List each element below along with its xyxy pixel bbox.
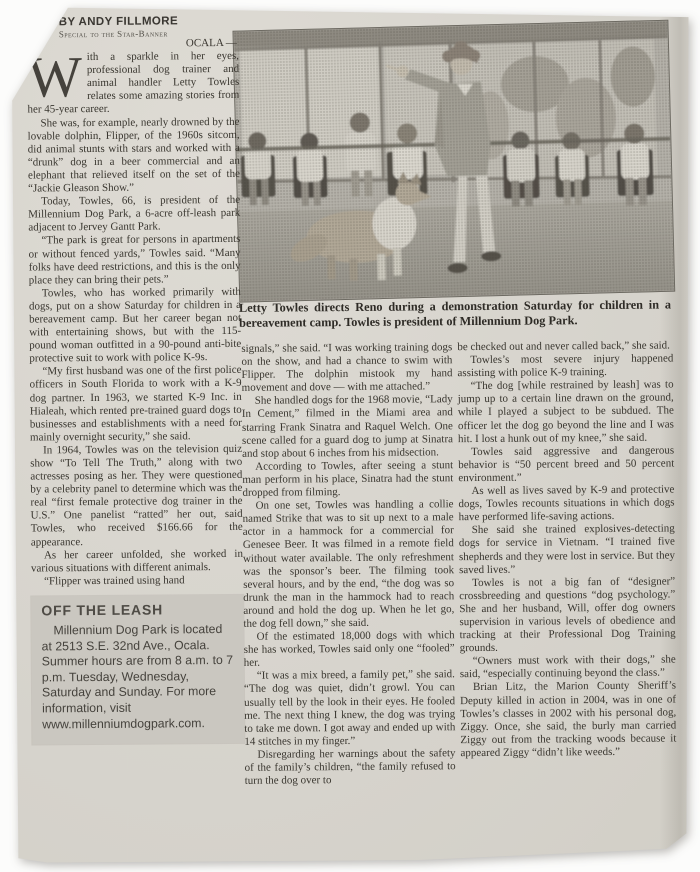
- article-paragraph: She handled dogs for the 1968 movie, “La…: [242, 394, 454, 461]
- article-paragraph: On one set, Towles was handling a collie…: [242, 498, 454, 631]
- photo-illustration: [233, 21, 674, 302]
- article-paragraph: Brian Litz, the Marion County Sheriff’s …: [460, 680, 677, 760]
- article-paragraph: “My first husband was one of the first p…: [29, 364, 242, 444]
- box-body: Millennium Dog Park is located at 2513 S…: [41, 622, 234, 733]
- article-paragraph: “The dog [while restrained by leash] was…: [458, 379, 675, 446]
- article-paragraph: Today, Towles, 66, is president of the M…: [28, 194, 240, 235]
- article-paragraph: She said she trained explosives-detectin…: [459, 523, 675, 577]
- box-title: OFF THE LEASH: [41, 603, 233, 618]
- photo-caption: Letty Towles directs Reno during a demon…: [239, 297, 671, 331]
- article-paragraph: She was, for example, nearly drowned by …: [27, 115, 240, 195]
- article-column-2: signals,” she said. “I was working train…: [241, 341, 455, 788]
- newsprint-paper: BY ANDY FILLMORE Special to the Star-Ban…: [6, 6, 694, 866]
- article-paragraph: “It was a mix breed, a family pet,” she …: [244, 669, 456, 749]
- article-paragraph: Disregarding her warnings about the safe…: [244, 747, 455, 788]
- article-column-1: OCALA — With a sparkle in her eyes, prof…: [27, 37, 245, 745]
- article-paragraph: Of the estimated 18,000 dogs with which …: [244, 629, 455, 670]
- article-paragraph: Towles said aggressive and dangerous beh…: [458, 444, 674, 485]
- article-paragraph: According to Towles, after seeing a stun…: [242, 459, 453, 500]
- article-paragraph: In 1964, Towles was on the television qu…: [30, 443, 243, 549]
- news-photo: [232, 20, 675, 303]
- drop-cap: W: [27, 51, 87, 100]
- article-paragraph: Towles’s most severe injury happened ass…: [457, 353, 673, 381]
- article-paragraph: As well as lives saved by K-9 and protec…: [458, 483, 674, 524]
- article-paragraph: As her career unfolded, she worked in va…: [31, 548, 243, 576]
- article-column-3: be checked out and never called back,” s…: [457, 339, 676, 760]
- scanned-newspaper-clipping: BY ANDY FILLMORE Special to the Star-Ban…: [0, 0, 700, 872]
- article-paragraph: signals,” she said. “I was working train…: [241, 341, 452, 395]
- byline-author: BY ANDY FILLMORE: [59, 15, 178, 28]
- article-paragraph: “The park is great for persons in apartm…: [28, 233, 240, 287]
- column-1-paragraphs: She was, for example, nearly drowned by …: [27, 115, 243, 588]
- off-the-leash-box: OFF THE LEASH Millennium Dog Park is loc…: [31, 595, 244, 745]
- byline-block: BY ANDY FILLMORE Special to the Star-Ban…: [59, 15, 178, 39]
- lead-paragraph: OCALA — With a sparkle in her eyes, prof…: [27, 37, 240, 117]
- article-paragraph: “Owners must work with their dogs,” she …: [460, 654, 676, 682]
- article-paragraph: “Flipper was trained using hand: [31, 574, 243, 589]
- article-paragraph: Towles is not a big fan of “designer” cr…: [459, 575, 676, 655]
- article-paragraph: Towles, who has worked primarily with do…: [29, 286, 242, 366]
